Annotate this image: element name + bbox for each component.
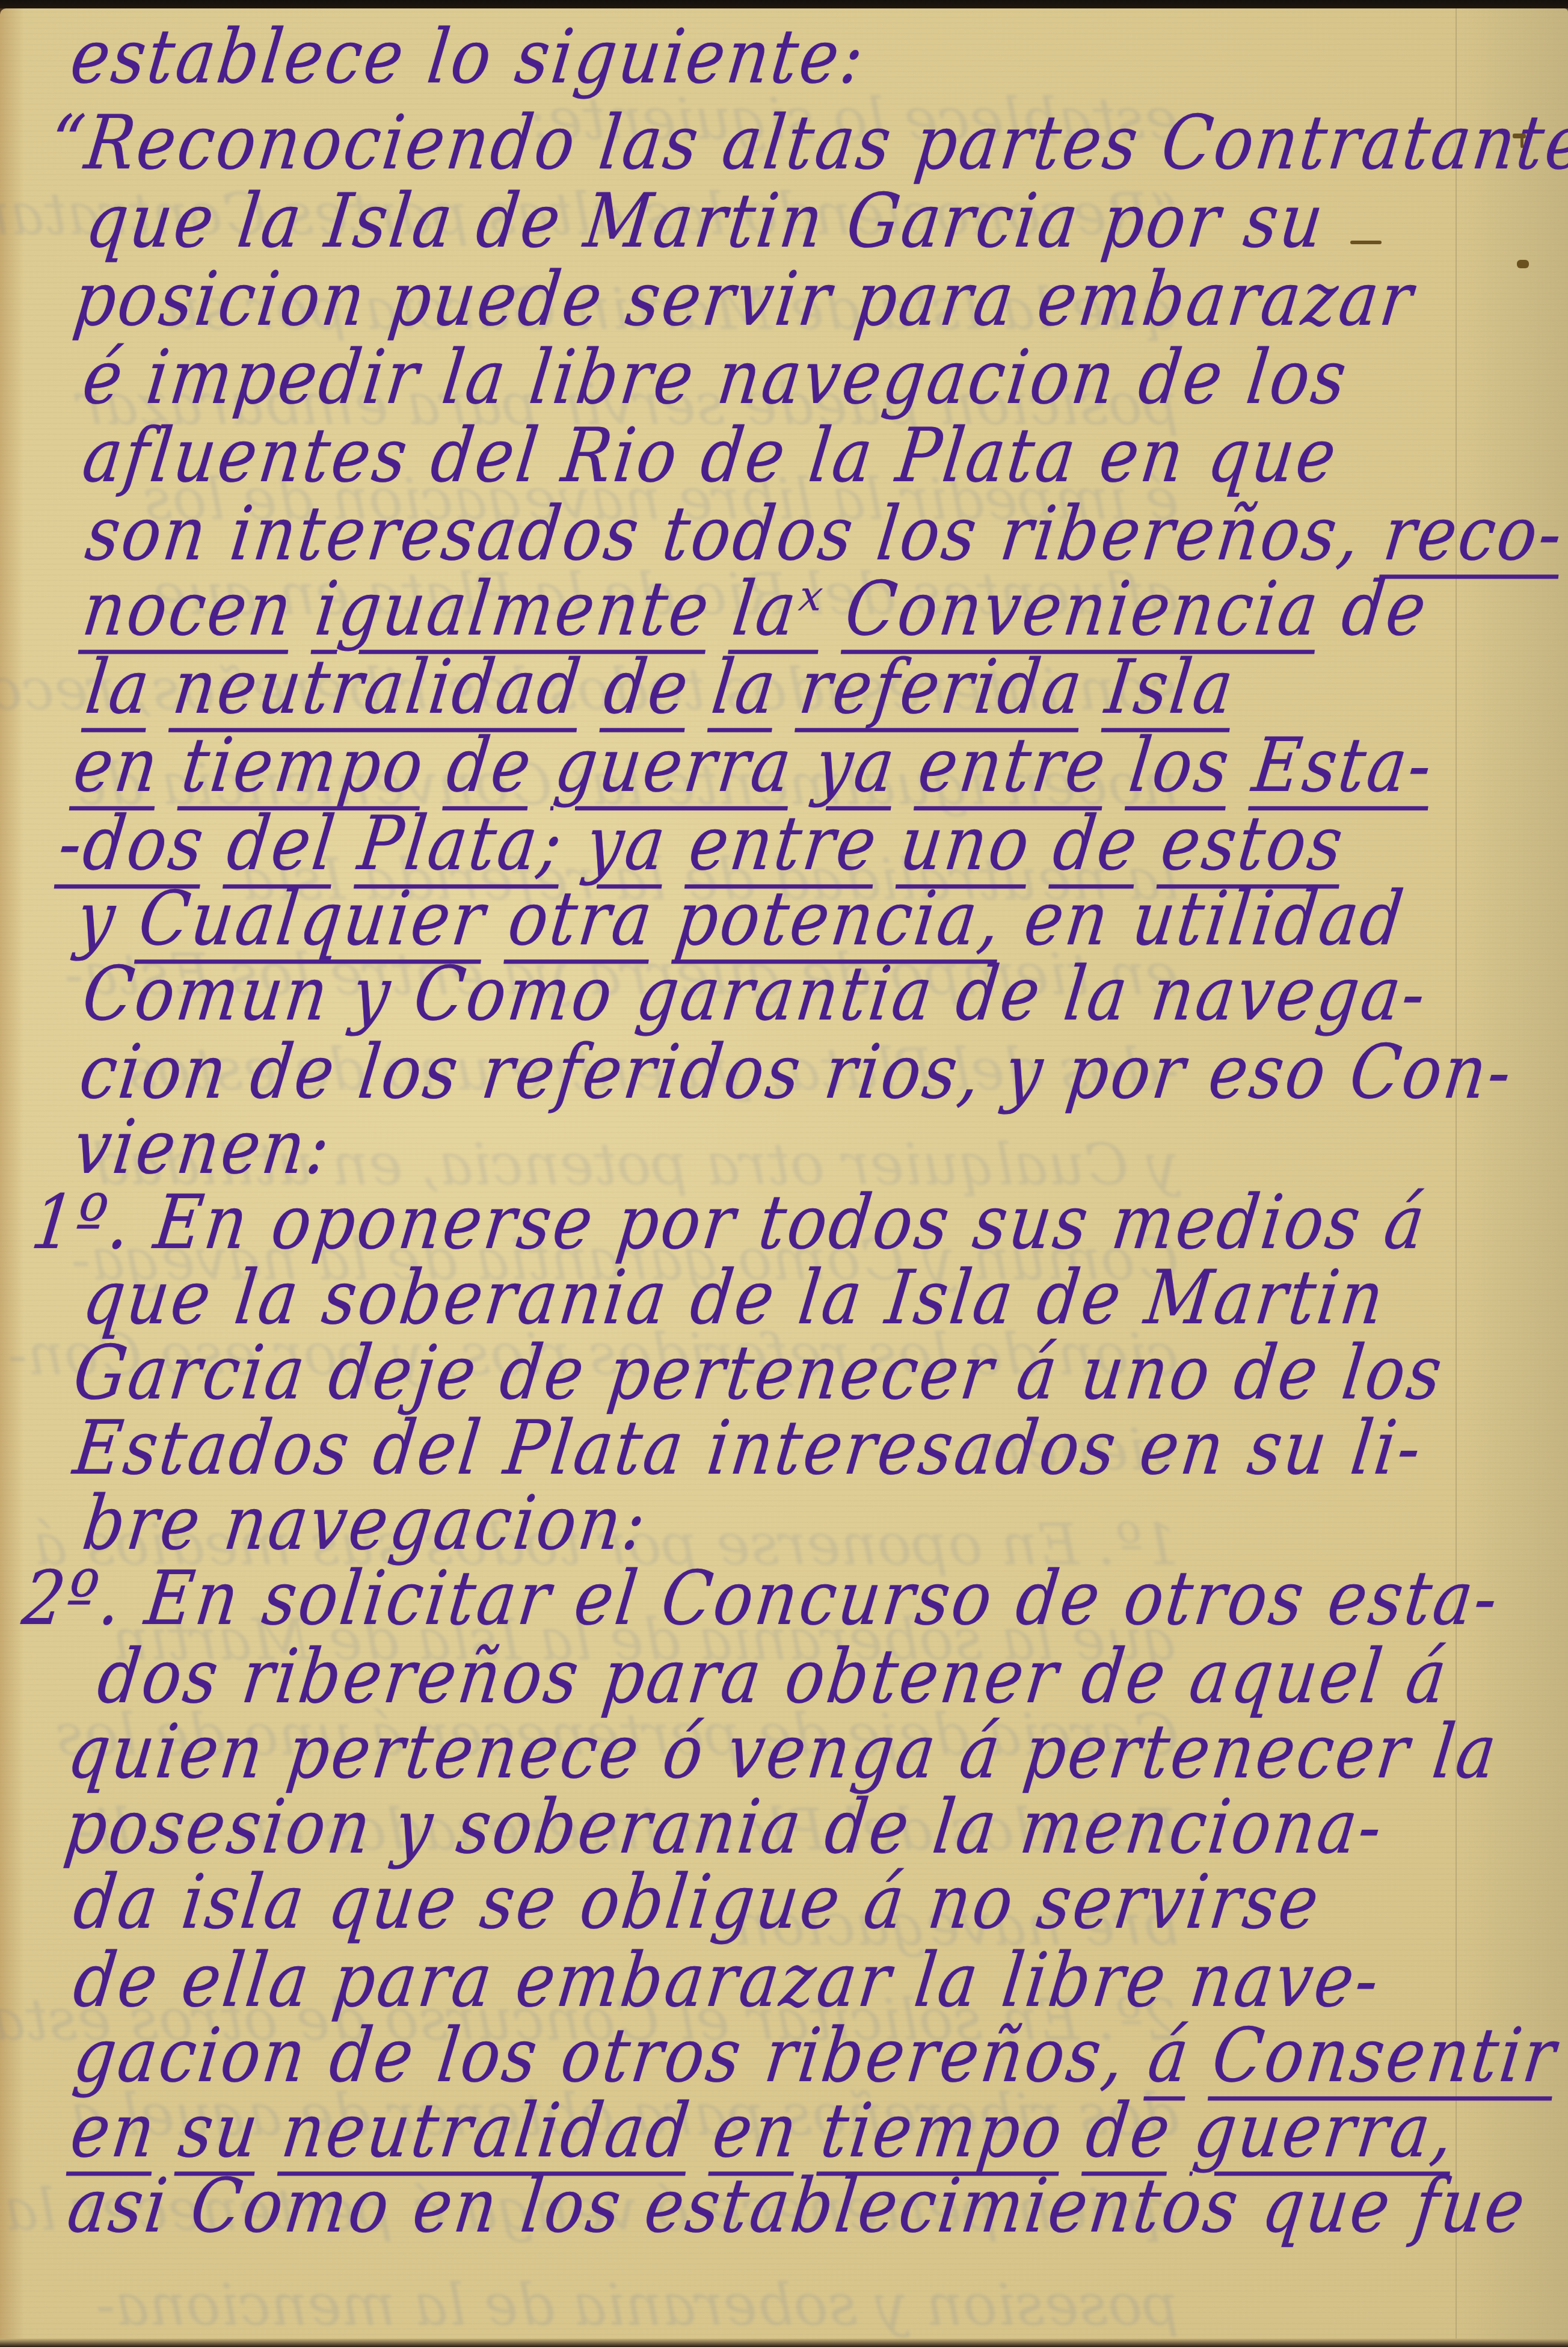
handwritten-word: embarazar: [1033, 256, 1419, 343]
handwritten-word: laˣ: [728, 566, 829, 653]
handwritten-word: de: [472, 178, 568, 265]
handwritten-word: li-: [1347, 1405, 1428, 1492]
handwritten-word: Estados: [69, 1405, 356, 1492]
handwritten-word: las: [595, 100, 706, 186]
handwritten-word: á: [1012, 1330, 1064, 1417]
handwritten-word: en: [1095, 413, 1191, 499]
text-line: afluentes del Rio de la Plata en que: [78, 413, 1343, 499]
handwritten-word: por: [1098, 178, 1227, 265]
handwritten-word: la: [929, 1784, 1004, 1871]
handwritten-word: de: [325, 2013, 420, 2099]
handwritten-word: en: [1020, 876, 1116, 962]
handwritten-word: interesados: [226, 491, 645, 577]
handwritten-word: en: [1135, 1405, 1231, 1492]
handwritten-word: pertenecer: [603, 1330, 1000, 1417]
handwritten-word: la: [1428, 1709, 1504, 1795]
handwritten-word: reco-: [1379, 491, 1568, 577]
handwritten-word: de: [1012, 1555, 1107, 1642]
handwritten-word: aquel: [1185, 1634, 1389, 1720]
handwritten-word: menciona-: [1016, 1784, 1389, 1871]
handwritten-word: servir: [621, 256, 838, 343]
text-line: establece lo siguiente:: [66, 14, 870, 100]
handwritten-word: ribereños: [238, 1634, 585, 1720]
handwritten-word: cion: [75, 1029, 233, 1116]
handwritten-word: para: [850, 256, 1021, 343]
handwritten-word: utilidad: [1128, 876, 1410, 962]
handwritten-word: altas: [718, 100, 898, 186]
text-line: en tiempo de guerra ya entre los Esta-: [69, 722, 1439, 809]
handwritten-word: Esta-: [1248, 722, 1438, 809]
handwritten-word: lo: [423, 14, 498, 100]
handwritten-word: de: [246, 1029, 342, 1116]
handwritten-word: neutralidad: [168, 644, 587, 731]
text-line: da isla que se obligue á no servirse: [69, 1859, 1326, 1946]
handwritten-word: y: [390, 1784, 440, 1871]
handwritten-word: ya: [581, 801, 672, 887]
handwritten-word: establece: [66, 14, 411, 100]
handwritten-word: la: [805, 413, 880, 499]
handwritten-word: la: [1060, 951, 1135, 1038]
handwritten-word: igualmente: [311, 566, 716, 653]
handwritten-word: potencia,: [671, 876, 1007, 962]
handwritten-word: esta-: [1323, 1555, 1504, 1642]
handwritten-word: uno: [1077, 1330, 1217, 1417]
text-line: en su neutralidad en tiempo de guerra,: [66, 2088, 1460, 2174]
handwritten-word: y: [72, 876, 122, 962]
handwritten-word: de: [1048, 801, 1144, 887]
handwritten-word: Como: [186, 2163, 396, 2250]
text-line: posesion y soberania de la menciona-: [60, 1784, 1389, 1871]
handwritten-word: otros: [1119, 1555, 1311, 1642]
handwritten-word: bre: [78, 1480, 207, 1567]
handwritten-word: la: [81, 644, 156, 731]
handwritten-word: y: [1000, 1029, 1050, 1116]
handwritten-word: ella: [177, 1937, 316, 2024]
text-line: asi Como en los establecimientos que fue: [63, 2163, 1532, 2250]
handwritten-word: establecimientos: [640, 2163, 1245, 2250]
handwritten-word: su: [174, 2088, 265, 2174]
text-line: Garcia deje de pertenecer á uno de los: [69, 1330, 1448, 1417]
handwritten-word: la: [438, 334, 513, 421]
handwritten-word: soberania: [318, 1255, 674, 1341]
handwritten-word: guerra: [550, 722, 798, 809]
handwritten-word: la: [233, 178, 309, 265]
handwritten-word: Martin: [580, 178, 830, 265]
handwritten-word: pertenecer: [1019, 1709, 1416, 1795]
handwritten-word: quien: [63, 1709, 270, 1795]
handwritten-word: de: [1229, 1330, 1325, 1417]
handwritten-word: puede: [384, 256, 609, 343]
handwritten-word: medios: [1107, 1180, 1367, 1266]
handwritten-word: Comun: [78, 951, 335, 1038]
handwritten-word: Conveniencia: [841, 566, 1325, 653]
text-line: -dos del Plata; ya entre uno de estos: [54, 801, 1350, 887]
handwritten-word: Plata: [500, 1405, 690, 1492]
text-line: Estados del Plata interesados en su li-: [69, 1405, 1428, 1492]
handwritten-word: los: [1242, 334, 1353, 421]
handwritten-word: no: [924, 1859, 1020, 1946]
handwritten-word: Concurso: [657, 1555, 999, 1642]
text-line: cion de los referidos rios, y por eso Co…: [75, 1029, 1518, 1116]
handwritten-word: embarazar: [511, 1937, 897, 2024]
text-line: que la soberania de la Isla de Martin: [78, 1255, 1391, 1341]
handwritten-word: 2º.: [18, 1555, 128, 1642]
handwritten-word: asi: [63, 2163, 174, 2250]
handwritten-word: siguiente:: [511, 14, 870, 100]
handwritten-word: Isla: [1101, 644, 1240, 731]
handwritten-word: que: [1258, 2163, 1397, 2250]
handwritten-word: garantia: [632, 951, 939, 1038]
handwritten-word: otra: [504, 876, 659, 962]
text-line: vienen:: [69, 1104, 336, 1191]
handwritten-word: Garcia: [69, 1330, 312, 1417]
handwritten-word: que: [78, 1255, 218, 1341]
handwritten-word: la: [910, 1937, 985, 2024]
handwritten-word: “Reconociendo: [45, 100, 582, 186]
text-line: de ella para embarazar la libre nave-: [69, 1937, 1385, 2024]
handwritten-word: que: [324, 1859, 463, 1946]
handwritten-word: vienen:: [69, 1104, 336, 1191]
handwritten-word: guerra,: [1190, 2088, 1460, 2174]
text-line: gacion de los otros ribereños, á Consent…: [69, 2013, 1563, 2099]
handwritten-word: rios,: [820, 1029, 988, 1116]
text-line: son interesados todos los ribereños, rec…: [81, 491, 1568, 577]
handwritten-word: son: [81, 491, 214, 577]
handwritten-word: de: [69, 1937, 165, 2024]
handwritten-word: da: [69, 1859, 165, 1946]
text-line: 1º. En oponerse por todos sus medios á: [27, 1180, 1431, 1266]
handwritten-word: Martin: [1140, 1255, 1391, 1341]
handwritten-word: de: [496, 1330, 591, 1417]
handwritten-word: de: [686, 1255, 782, 1341]
handwritten-word: Garcia: [842, 178, 1084, 265]
handwritten-word: del: [369, 1405, 487, 1492]
handwritten-word: otros: [556, 2013, 748, 2099]
handwritten-word: de: [1081, 2088, 1177, 2174]
handwritten-word: Plata: [892, 413, 1083, 499]
handwritten-word: entre: [684, 801, 883, 887]
handwritten-word: de: [1134, 334, 1230, 421]
handwritten-word: estos: [1157, 801, 1350, 887]
text-line: nocen igualmente laˣ Conveniencia de: [78, 566, 1433, 653]
handwritten-word: posesion: [60, 1784, 378, 1871]
handwritten-word: entre: [914, 722, 1112, 809]
handwritten-word: referida: [795, 644, 1089, 731]
text-line: posicion puede servir para embarazar: [69, 256, 1419, 343]
text-line: é impedir la libre navegacion de los: [78, 334, 1353, 421]
text-line: 2º. En solicitar el Concurso de otros es…: [18, 1555, 1504, 1642]
handwritten-word: en: [66, 2088, 162, 2174]
text-line: y Cualquier otra potencia, en utilidad: [72, 876, 1410, 962]
handwritten-word: todos: [754, 1180, 956, 1266]
handwritten-word: sus: [968, 1180, 1095, 1266]
handwritten-word: por: [612, 1180, 742, 1266]
handwritten-word: la: [794, 1255, 869, 1341]
handwritten-word: navegacion:: [220, 1480, 653, 1567]
handwritten-word: del: [426, 413, 545, 499]
handwritten-word: é: [78, 334, 129, 421]
handwritten-word: que: [1203, 413, 1342, 499]
handwritten-text: establece lo siguiente: “Reconociendo la…: [0, 0, 1568, 2347]
handwritten-word: de: [600, 644, 695, 731]
handwritten-word: afluentes: [78, 413, 414, 499]
handwritten-word: en: [709, 2088, 804, 2174]
handwritten-word: solicitar: [258, 1555, 558, 1642]
text-line: Comun y Como garantia de la navega-: [78, 951, 1432, 1038]
handwritten-word: deje: [324, 1330, 483, 1417]
handwritten-word: los: [1338, 1330, 1449, 1417]
handwritten-word: referidos: [478, 1029, 808, 1116]
handwritten-word: de: [952, 951, 1047, 1038]
handwritten-word: Como: [410, 951, 620, 1038]
handwritten-word: soberania: [452, 1784, 808, 1871]
handwritten-word: 1º.: [27, 1180, 137, 1266]
handwritten-word: Cualquier: [134, 876, 491, 962]
handwritten-word: venga: [723, 1709, 943, 1795]
text-line: “Reconociendo las altas partes Contratan…: [45, 100, 1568, 186]
handwritten-word: los: [872, 491, 983, 577]
handwritten-word: el: [570, 1555, 644, 1642]
handwritten-word: navegacion: [713, 334, 1122, 421]
handwritten-word: en: [408, 2163, 504, 2250]
handwritten-word: su: [1240, 178, 1330, 265]
handwritten-word: neutralidad: [277, 2088, 696, 2174]
handwritten-word: nave-: [1185, 1937, 1386, 2024]
handwritten-word: su: [1243, 1405, 1334, 1492]
handwritten-word: isla: [177, 1859, 311, 1946]
handwritten-word: á: [955, 1709, 1007, 1795]
handwritten-word: obtener: [781, 1634, 1065, 1720]
handwritten-word: servirse: [1033, 1859, 1326, 1946]
handwritten-word: En: [141, 1555, 245, 1642]
handwritten-word: de: [820, 1784, 916, 1871]
handwritten-word: los: [354, 1029, 465, 1116]
handwritten-word: fue: [1410, 2163, 1532, 2250]
text-line: que la Isla de Martin Garcia por su: [81, 178, 1330, 265]
handwritten-word: navega-: [1147, 951, 1432, 1038]
handwritten-word: á: [1380, 1180, 1431, 1266]
text-line: quien pertenece ó venga á pertenecer la: [63, 1709, 1503, 1795]
handwritten-word: gacion: [69, 2013, 313, 2099]
handwritten-word: ya: [811, 722, 902, 809]
handwritten-word: á: [1144, 2013, 1196, 2099]
handwritten-word: los: [433, 2013, 544, 2099]
handwritten-word: libre: [997, 1937, 1172, 2024]
handwritten-word: los: [1125, 722, 1236, 809]
handwritten-word: nocen: [78, 566, 298, 653]
handwritten-word: la: [230, 1255, 306, 1341]
handwritten-word: interesados: [703, 1405, 1123, 1492]
handwritten-word: ribereños,: [760, 2013, 1131, 2099]
handwritten-word: para: [598, 1634, 768, 1720]
handwritten-word: Plata;: [354, 801, 568, 887]
handwritten-word: partes: [911, 100, 1145, 186]
handwritten-word: del: [223, 801, 341, 887]
handwritten-word: de: [696, 413, 792, 499]
handwritten-word: de: [443, 722, 538, 809]
handwritten-word: por: [1062, 1029, 1191, 1116]
handwritten-word: de: [1033, 1255, 1128, 1341]
text-line: bre navegacion:: [78, 1480, 653, 1567]
handwritten-word: -dos: [54, 801, 211, 887]
handwritten-word: de: [1077, 1634, 1173, 1720]
handwritten-word: obligue: [576, 1859, 847, 1946]
handwritten-word: la: [707, 644, 782, 731]
handwritten-word: pertenece: [283, 1709, 645, 1795]
handwritten-word: y: [348, 951, 398, 1038]
handwritten-word: á: [859, 1859, 911, 1946]
handwritten-word: ó: [658, 1709, 710, 1795]
handwritten-word: En: [150, 1180, 254, 1266]
handwritten-word: en: [69, 722, 165, 809]
handwritten-word: uno: [896, 801, 1036, 887]
handwritten-word: libre: [525, 334, 700, 421]
handwritten-word: de: [1338, 566, 1433, 653]
handwritten-word: tiempo: [177, 722, 430, 809]
handwritten-word: oponerse: [267, 1180, 600, 1266]
handwritten-word: Isla: [321, 178, 460, 265]
handwritten-word: todos: [658, 491, 860, 577]
handwritten-word: Rio: [558, 413, 684, 499]
handwritten-word: los: [517, 2163, 628, 2250]
handwritten-word: Consentir: [1208, 2013, 1562, 2099]
handwritten-word: posicion: [69, 256, 372, 343]
handwritten-word: para: [328, 1937, 499, 2024]
handwritten-word: Isla: [881, 1255, 1020, 1341]
handwritten-word: Con-: [1345, 1029, 1518, 1116]
handwritten-word: tiempo: [817, 2088, 1069, 2174]
text-line: la neutralidad de la referida Isla: [81, 644, 1240, 731]
handwritten-word: se: [476, 1859, 563, 1946]
handwritten-word: eso: [1204, 1029, 1333, 1116]
text-line: dos ribereños para obtener de aquel á: [93, 1634, 1453, 1720]
handwritten-word: á: [1401, 1634, 1453, 1720]
handwritten-word: dos: [93, 1634, 225, 1720]
handwritten-word: que: [81, 178, 221, 265]
handwritten-word: ribereños,: [996, 491, 1367, 577]
handwritten-word: Contratantes: [1157, 100, 1568, 186]
handwritten-word: impedir: [142, 334, 425, 421]
